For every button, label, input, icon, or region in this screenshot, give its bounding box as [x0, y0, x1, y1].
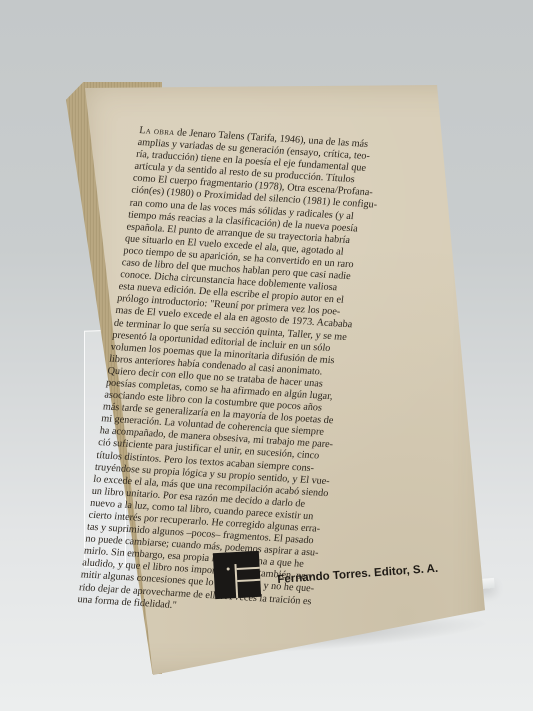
publisher-logo-icon: [213, 551, 261, 599]
blurb-lead: La obra: [139, 125, 176, 138]
photo-scene: La obra de Jenaro Talens (Tarifa, 1946),…: [0, 0, 533, 711]
back-cover-blurb: La obra de Jenaro Talens (Tarifa, 1946),…: [77, 125, 440, 624]
